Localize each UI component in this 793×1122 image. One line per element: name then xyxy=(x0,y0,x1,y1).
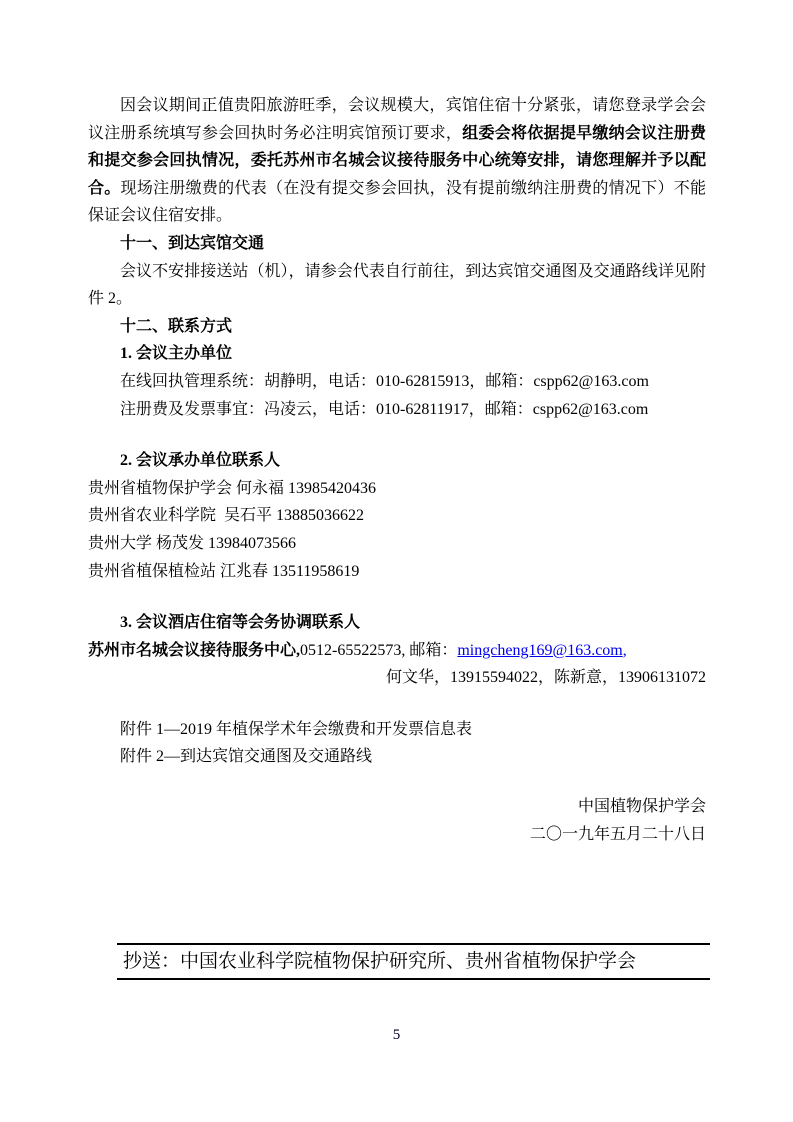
blank-line xyxy=(88,585,706,609)
sub3-title: 3. 会议酒店住宿等会务协调联系人 xyxy=(88,609,706,637)
hotel-service-contact-line-2: 何文华，13915594022，陈新意，13906131072 xyxy=(88,664,706,692)
document-content: 因会议期间正值贵阳旅游旺季，会议规模大，宾馆住宿十分紧张，请您登录学会会议注册系… xyxy=(88,92,706,848)
email-link-trailing-comma: , xyxy=(623,642,627,659)
hotel-service-contact-line: 苏州市名城会议接待服务中心,0512-65522573, 邮箱：mingchen… xyxy=(88,637,706,665)
host-contact-line: 贵州省植保植检站 江兆春 13511958619 xyxy=(88,558,706,586)
organizer-contact-line: 注册费及发票事宜：冯凌云，电话：010-62811917，邮箱：cspp62@1… xyxy=(88,396,706,424)
document-page: 因会议期间正值贵阳旅游旺季，会议规模大，宾馆住宿十分紧张，请您登录学会会议注册系… xyxy=(0,0,793,1122)
section-12-title: 十二、联系方式 xyxy=(88,313,706,341)
cc-footer-text: 抄送：中国农业科学院植物保护研究所、贵州省植物保护学会 xyxy=(123,951,636,972)
blank-line xyxy=(88,692,706,716)
host-contact-line: 贵州省农业科学院 吴石平 13885036622 xyxy=(88,502,706,530)
hotel-service-center-name: 苏州市名城会议接待服务中心, xyxy=(88,642,300,659)
sub2-title: 2. 会议承办单位联系人 xyxy=(88,447,706,475)
signature-organization: 中国植物保护学会 xyxy=(88,793,706,821)
organizer-contact-line: 在线回执管理系统：胡静明，电话：010-62815913，邮箱：cspp62@1… xyxy=(88,368,706,396)
host-contact-line: 贵州省植物保护学会 何永福 13985420436 xyxy=(88,475,706,503)
blank-line xyxy=(88,423,706,447)
intro-text-regular-2: 现场注册缴费的代表（在没有提交参会回执，没有提前缴纳注册费的情况下）不能保证会议… xyxy=(88,180,706,225)
cc-footer: 抄送：中国农业科学院植物保护研究所、贵州省植物保护学会 xyxy=(117,943,710,980)
email-link[interactable]: mingcheng169@163.com xyxy=(457,642,622,659)
page-number: 5 xyxy=(0,1026,793,1044)
attachment-line: 附件 2—到达宾馆交通图及交通路线 xyxy=(88,743,706,771)
sub1-title: 1. 会议主办单位 xyxy=(88,340,706,368)
host-contact-line: 贵州大学 杨茂发 13984073566 xyxy=(88,530,706,558)
signature-date: 二〇一九年五月二十八日 xyxy=(88,821,706,849)
blank-line xyxy=(88,771,706,793)
section-11-body: 会议不安排接送站（机），请参会代表自行前往，到达宾馆交通图及交通路线详见附件 2… xyxy=(88,258,706,313)
section-11-title: 十一、到达宾馆交通 xyxy=(88,230,706,258)
hotel-service-phone: 0512-65522573, 邮箱： xyxy=(300,642,457,659)
attachment-line: 附件 1—2019 年植保学术年会缴费和开发票信息表 xyxy=(88,716,706,744)
intro-paragraph: 因会议期间正值贵阳旅游旺季，会议规模大，宾馆住宿十分紧张，请您登录学会会议注册系… xyxy=(88,92,706,230)
